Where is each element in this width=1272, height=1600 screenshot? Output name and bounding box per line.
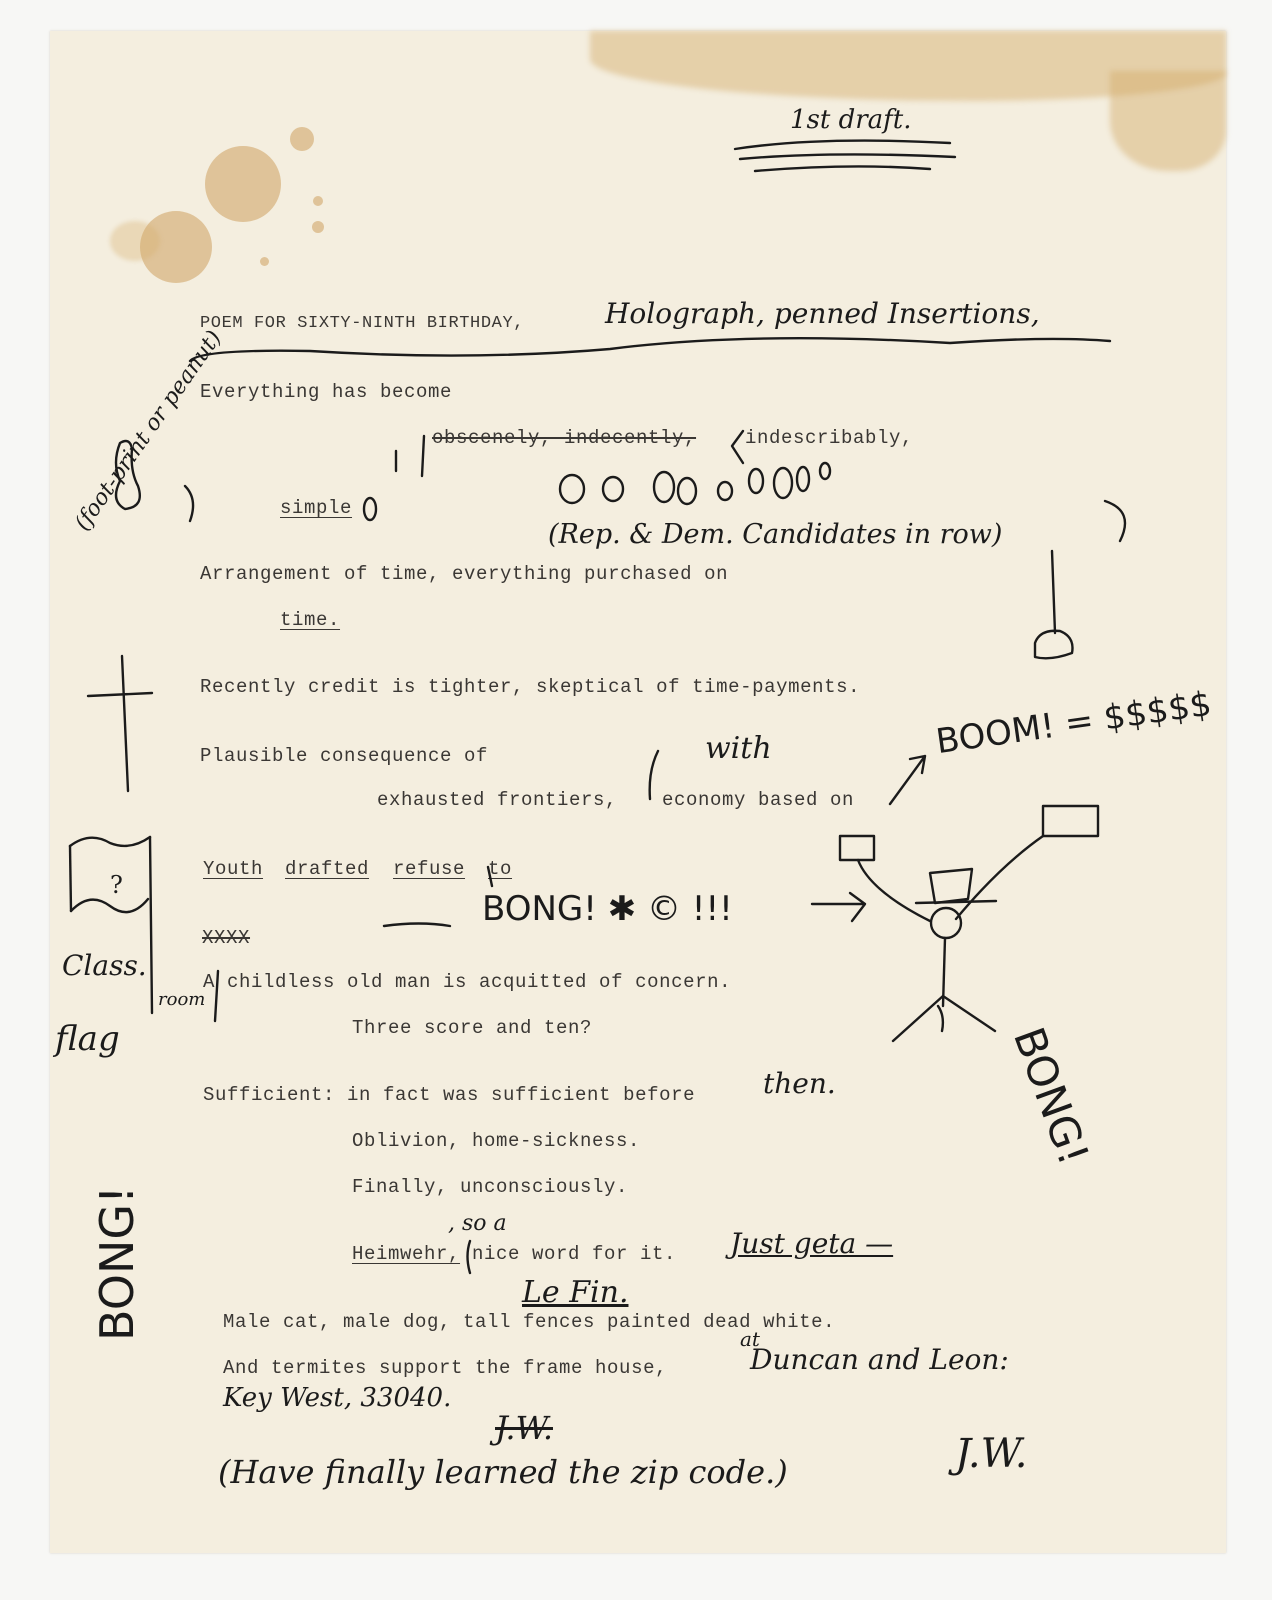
title-underline — [190, 338, 1110, 361]
footprint-icon — [116, 441, 140, 509]
pendulum-bob-icon — [1035, 631, 1073, 659]
ink-drawings — [50, 31, 1226, 1553]
draft-scribble — [735, 141, 955, 171]
classroom-flag-icon — [70, 837, 152, 1013]
circled-letter — [364, 498, 376, 520]
cross-icon — [88, 656, 152, 791]
manuscript-page: 1st draft. POEM FOR SIXTY-NINTH BIRTHDAY… — [50, 31, 1226, 1553]
candidate-circles — [560, 463, 830, 504]
pendulum-string — [1052, 551, 1055, 633]
stick-figure-drawing — [840, 806, 1098, 1041]
